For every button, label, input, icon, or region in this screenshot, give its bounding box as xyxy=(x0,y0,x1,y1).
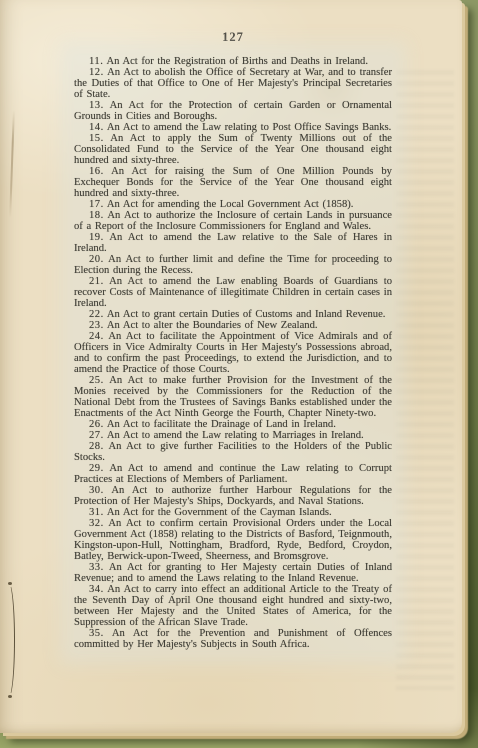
act-number: 11. xyxy=(89,56,103,67)
act-number: 16. xyxy=(89,166,104,177)
act-text: An Act to give further Facilities to the… xyxy=(74,441,392,463)
act-text: An Act to authorize the Inclosure of cer… xyxy=(74,210,392,232)
act-text: An Act to carry into effect an additiona… xyxy=(74,584,392,628)
book-page: 127 11. An Act for the Registration of B… xyxy=(0,0,462,733)
act-text: An Act to amend the Law relating to Post… xyxy=(107,122,391,133)
act-text: An Act to amend and continue the Law rel… xyxy=(74,463,392,485)
act-text: An Act for the Registration of Births an… xyxy=(106,56,368,67)
acts-list: 11. An Act for the Registration of Birth… xyxy=(74,56,392,650)
act-number: 28. xyxy=(89,441,104,452)
act-entry: 18. An Act to authorize the Inclosure of… xyxy=(74,210,392,232)
act-number: 34. xyxy=(89,584,104,595)
act-entry: 25. An Act to make further Provision for… xyxy=(74,375,392,419)
act-text: An Act to alter the Boundaries of New Ze… xyxy=(107,320,318,331)
act-entry: 24. An Act to facilitate the Appointment… xyxy=(74,331,392,375)
act-entry: 17. An Act for amending the Local Govern… xyxy=(74,199,392,210)
act-number: 15. xyxy=(89,133,104,144)
act-number: 33. xyxy=(89,562,104,573)
act-entry: 32. An Act to confirm certain Provisiona… xyxy=(74,518,392,562)
act-number: 14. xyxy=(89,122,104,133)
act-text: An Act for amending the Local Government… xyxy=(107,199,354,210)
act-entry: 28. An Act to give further Facilities to… xyxy=(74,441,392,463)
act-text: An Act for the Government of the Cayman … xyxy=(107,507,332,518)
act-number: 22. xyxy=(89,309,104,320)
act-entry: 22. An Act to grant certain Duties of Cu… xyxy=(74,309,392,320)
act-text: An Act to further limit and define the T… xyxy=(74,254,392,276)
act-text: An Act to confirm certain Provisional Or… xyxy=(74,518,392,562)
act-text: An Act to amend the Law enabling Boards … xyxy=(74,276,392,309)
act-number: 27. xyxy=(89,430,104,441)
act-entry: 11. An Act for the Registration of Birth… xyxy=(74,56,392,67)
act-entry: 35. An Act for the Prevention and Punish… xyxy=(74,628,392,650)
act-text: An Act for the Protection of certain Gar… xyxy=(74,100,392,122)
act-number: 29. xyxy=(89,463,104,474)
act-text: An Act to facilitate the Drainage of Lan… xyxy=(107,419,336,430)
act-number: 19. xyxy=(89,232,104,243)
act-entry: 19. An Act to amend the Law relative to … xyxy=(74,232,392,254)
act-text: An Act to amend the Law relating to Marr… xyxy=(107,430,364,441)
act-entry: 21. An Act to amend the Law enabling Boa… xyxy=(74,276,392,309)
act-text: An Act for the Prevention and Punishment… xyxy=(74,628,392,650)
act-entry: 33. An Act for granting to Her Majesty c… xyxy=(74,562,392,584)
act-entry: 20. An Act to further limit and define t… xyxy=(74,254,392,276)
act-number: 24. xyxy=(89,331,104,342)
act-entry: 23. An Act to alter the Boundaries of Ne… xyxy=(74,320,392,331)
act-text: An Act to facilitate the Appointment of … xyxy=(74,331,392,375)
show-through-smudges xyxy=(396,70,454,690)
act-entry: 30. An Act to authorize further Harbour … xyxy=(74,485,392,507)
act-entry: 12. An Act to abolish the Office of Secr… xyxy=(74,67,392,100)
act-number: 23. xyxy=(89,320,104,331)
act-number: 13. xyxy=(89,100,104,111)
act-entry: 26. An Act to facilitate the Drainage of… xyxy=(74,419,392,430)
act-number: 30. xyxy=(89,485,104,496)
act-text: An Act to abolish the Office of Secretar… xyxy=(74,67,392,100)
act-entry: 27. An Act to amend the Law relating to … xyxy=(74,430,392,441)
act-number: 20. xyxy=(89,254,104,265)
act-number: 17. xyxy=(89,199,104,210)
act-number: 12. xyxy=(89,67,104,78)
act-text: An Act to grant certain Duties of Custom… xyxy=(107,309,386,320)
act-entry: 13. An Act for the Protection of certain… xyxy=(74,100,392,122)
act-number: 18. xyxy=(89,210,104,221)
act-entry: 31. An Act for the Government of the Cay… xyxy=(74,507,392,518)
page-number: 127 xyxy=(74,30,392,45)
act-text: An Act to apply the Sum of Twenty Millio… xyxy=(74,133,392,166)
act-entry: 16. An Act for raising the Sum of One Mi… xyxy=(74,166,392,199)
scanned-book-page-photo: 127 11. An Act for the Registration of B… xyxy=(0,0,478,748)
act-number: 21. xyxy=(89,276,104,287)
act-text: An Act to authorize further Harbour Regu… xyxy=(74,485,392,507)
act-entry: 14. An Act to amend the Law relating to … xyxy=(74,122,392,133)
act-number: 32. xyxy=(89,518,104,529)
act-number: 25. xyxy=(89,375,104,386)
act-text: An Act for raising the Sum of One Millio… xyxy=(74,166,392,199)
act-number: 31. xyxy=(89,507,104,518)
act-number: 35. xyxy=(89,628,104,639)
binding-stitch xyxy=(3,583,15,697)
act-text: An Act to make further Provision for the… xyxy=(74,375,392,419)
act-entry: 34. An Act to carry into effect an addit… xyxy=(74,584,392,628)
act-text: An Act for granting to Her Majesty certa… xyxy=(74,562,392,584)
act-entry: 29. An Act to amend and continue the Law… xyxy=(74,463,392,485)
act-entry: 15. An Act to apply the Sum of Twenty Mi… xyxy=(74,133,392,166)
act-number: 26. xyxy=(89,419,104,430)
act-text: An Act to amend the Law relative to the … xyxy=(74,232,392,254)
page-crease xyxy=(9,110,15,218)
